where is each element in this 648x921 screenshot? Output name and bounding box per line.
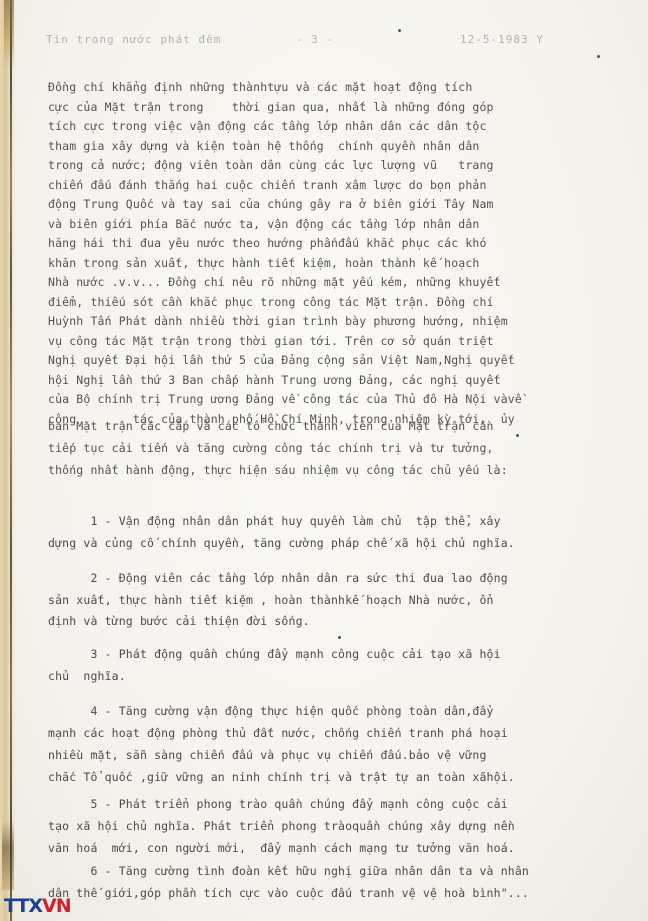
task-item-1: 1 - Vận động nhân dân phát huy quyền làm… — [48, 511, 618, 554]
paper-speck — [338, 636, 341, 639]
intro-paragraph: Đồng chí khẳng định những thànhtựu và cá… — [48, 78, 608, 429]
header-title: Tin trong nước phát đêm — [46, 33, 221, 46]
paper-stain — [4, 0, 14, 70]
logo-text-accent: VN — [42, 895, 71, 917]
paper-speck — [398, 29, 401, 32]
paper-fold-line — [10, 0, 12, 921]
header-date: 12-5-1983 Y — [460, 33, 544, 46]
ttxvn-watermark-logo: TTXVN — [4, 895, 71, 917]
logo-text-main: TTX — [4, 895, 42, 917]
task-item-5: 5 - Phát triển phong trào quần chúng đẩy… — [48, 793, 618, 859]
paper-edge — [0, 0, 16, 921]
paper-speck — [516, 434, 519, 437]
paper-stain — [2, 820, 14, 890]
task-item-4: 4 - Tăng cường vận động thực hiện quốc p… — [48, 700, 618, 788]
task-item-3: 3 - Phát động quần chúng đẩy mạnh công c… — [48, 644, 618, 687]
tasks-intro-paragraph: ban Mặt trận các cấp và các tổ chức thàn… — [48, 415, 608, 481]
task-item-2: 2 - Động viên các tầng lớp nhân dân ra s… — [48, 568, 618, 633]
task-item-6: 6 - Tăng cường tình đoàn kết hữu nghị gi… — [48, 860, 618, 904]
paper-speck — [597, 55, 600, 58]
page-number: - 3 - — [296, 33, 334, 46]
page-header: Tin trong nước phát đêm - 3 - 12-5-1983 … — [46, 33, 608, 49]
